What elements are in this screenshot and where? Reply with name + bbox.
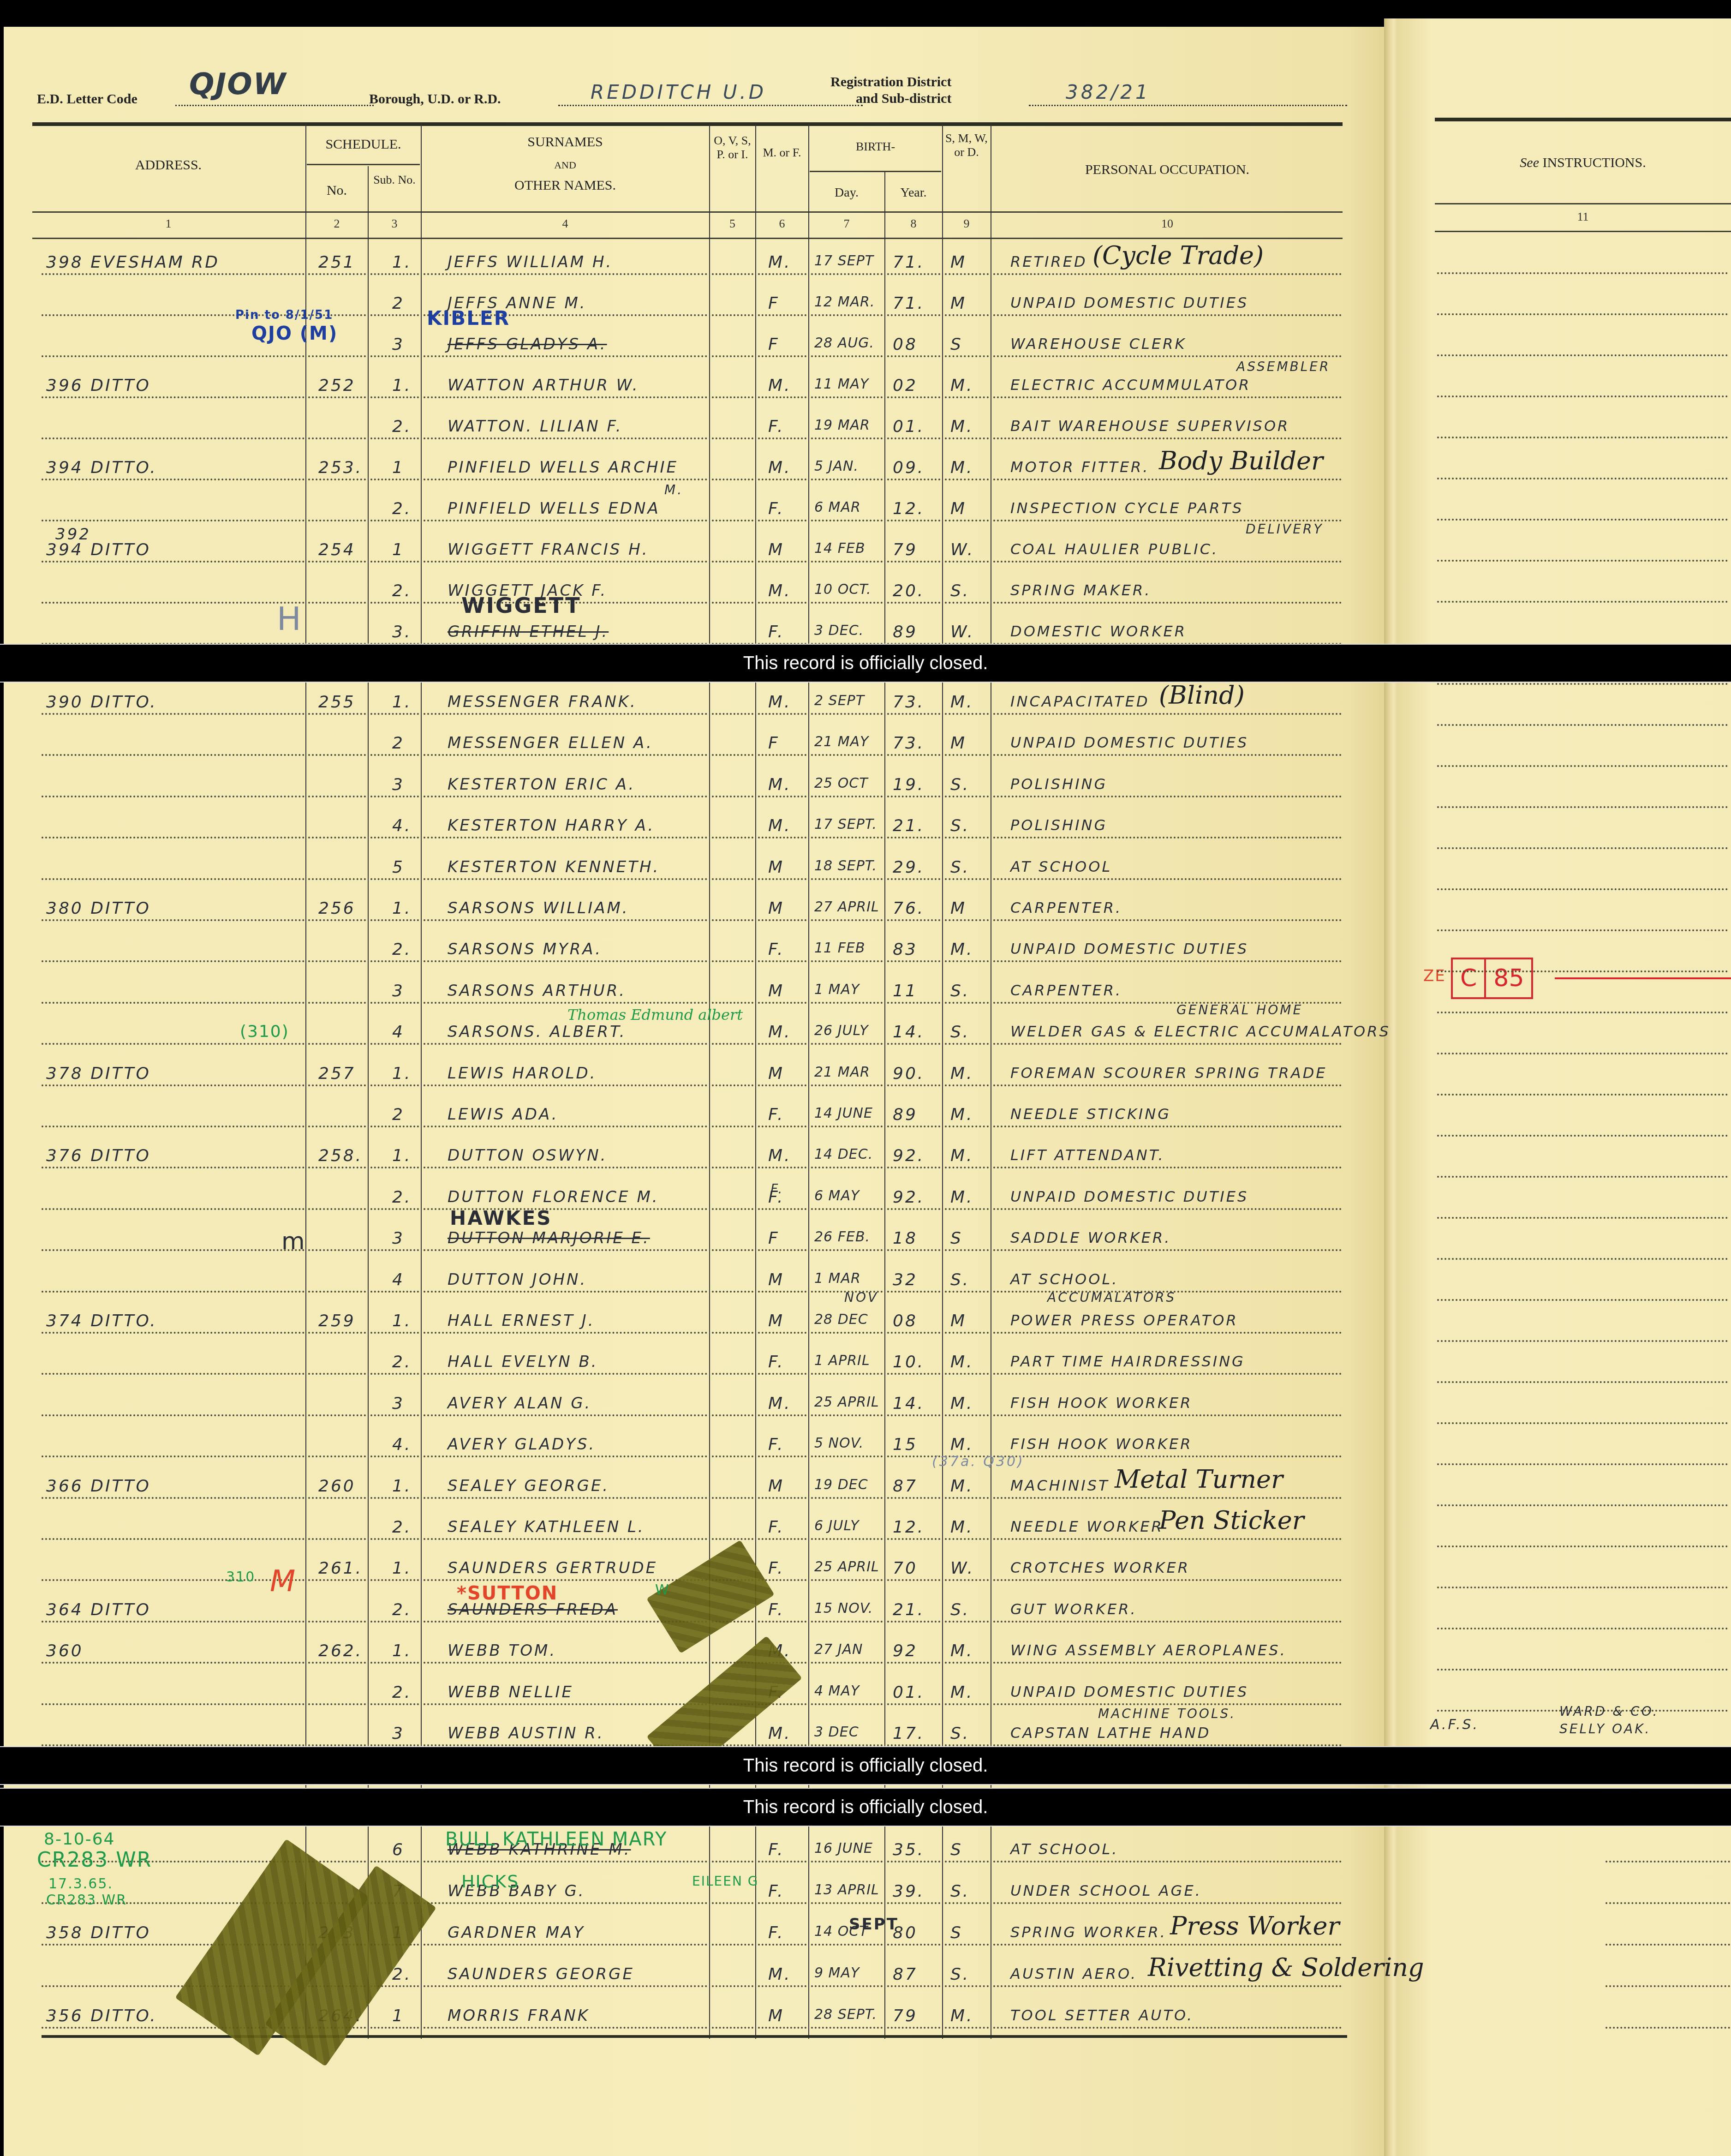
marital-status-cell: S. <box>950 775 970 794</box>
sex-cell: F. <box>768 1518 785 1537</box>
schedule-number-cell: 254 <box>318 540 356 559</box>
sex-cell: F. <box>768 1559 785 1578</box>
birth-year-cell: 14. <box>893 1394 925 1413</box>
sex-cell: F <box>768 734 780 753</box>
name-cell: GRIFFIN ETHEL J. <box>448 623 609 641</box>
schedule-sub-cell: 1. <box>392 1064 412 1083</box>
name-cell: MESSENGER ELLEN A. <box>448 734 653 752</box>
schedule-sub-cell: 4. <box>392 816 412 835</box>
sex-cell: M <box>768 1312 784 1330</box>
schedule-sub-cell: 1 <box>392 458 405 477</box>
marital-status-cell: S <box>950 1229 963 1248</box>
birth-year-cell: 11 <box>893 982 918 1000</box>
birth-year-cell: 08 <box>893 335 918 354</box>
sex-cell: M <box>768 1064 784 1083</box>
birth-year-cell: 19. <box>893 775 925 794</box>
schedule-sub-cell: 1. <box>392 899 412 918</box>
birth-year-cell: 15 <box>893 1435 918 1454</box>
name-cell: WEBB AUSTIN R. <box>448 1724 604 1743</box>
hicks-correction: HICKS <box>461 1871 519 1892</box>
kibler-correction: KIBLER <box>427 307 510 329</box>
sex-cell: M. <box>768 1724 792 1743</box>
schedule-sub-cell: 1. <box>392 376 412 395</box>
name-cell: HALL ERNEST J. <box>448 1312 595 1330</box>
birth-year-cell: 83 <box>893 940 918 959</box>
name-cell: KESTERTON ERIC A. <box>448 775 635 794</box>
occupation-note: (Blind) <box>1159 681 1245 710</box>
birth-day-cell: 27 JAN <box>814 1641 863 1658</box>
schedule-number-cell: 262. <box>318 1641 363 1660</box>
name-cell: DUTTON MARJORIE E. <box>448 1229 650 1247</box>
occupation-cell: UNPAID DOMESTIC DUTIES <box>1010 734 1248 751</box>
birth-day-cell: 17 SEPT. <box>814 816 877 832</box>
birth-year-cell: 70 <box>893 1559 918 1578</box>
sex-cell: F. <box>768 417 785 436</box>
birth-year-cell: 92 <box>893 1641 918 1660</box>
name-cell: PINFIELD WELLS ARCHIE <box>448 458 678 477</box>
address-cell: 378 DITTO <box>46 1064 151 1083</box>
birth-day-cell: 17 SEPT <box>814 253 874 269</box>
birth-day-cell: 13 APRIL <box>814 1882 879 1898</box>
occupation-cell: BAIT WAREHOUSE SUPERVISOR <box>1010 417 1289 435</box>
occupation-cell: RETIRED <box>1010 253 1087 270</box>
sutton-correction: *SUTTON <box>457 1583 558 1604</box>
marital-status-cell: S. <box>950 581 970 600</box>
birth-year-cell: 08 <box>893 1312 918 1330</box>
col-ovspi: O, V, S, P. or I. <box>710 134 754 162</box>
col-birth: BIRTH- <box>810 138 941 155</box>
registration-district-value: 382/21 <box>1066 81 1151 103</box>
occupation-cell: LIFT ATTENDANT. <box>1010 1146 1165 1164</box>
marital-status-cell: S <box>950 1923 963 1942</box>
col-schedule-sub: Sub. No. <box>369 173 420 187</box>
sex-cell: M <box>768 540 784 559</box>
marital-status-cell: W. <box>950 623 974 641</box>
schedule-sub-cell: 3 <box>392 1229 405 1248</box>
marital-status-cell: M. <box>950 1518 974 1537</box>
col-m-or-f: M. or F. <box>757 145 807 160</box>
birth-day-cell: 6 MAY <box>814 1188 860 1204</box>
occupation-cell: CARPENTER. <box>1010 982 1122 999</box>
name-cell: WEBB TOM. <box>448 1641 556 1660</box>
birth-year-cell: 76. <box>893 899 925 918</box>
schedule-number-cell: 256 <box>318 899 356 918</box>
birth-day-cell: 21 MAY <box>814 734 869 750</box>
sex-cell: F. <box>768 499 785 518</box>
sex-cell: M <box>768 1270 784 1289</box>
birth-day-cell: 3 DEC <box>814 1724 859 1740</box>
schedule-sub-cell: 1. <box>392 253 412 272</box>
address-cell: 364 DITTO <box>46 1600 151 1619</box>
name-cell: HALL EVELYN B. <box>448 1353 598 1371</box>
census-page-right <box>1398 18 1731 2156</box>
marital-status-cell: S. <box>950 1882 970 1901</box>
birth-year-cell: 17. <box>893 1724 925 1743</box>
address-cell: 396 DITTO <box>46 376 151 395</box>
birth-year-cell: 10. <box>893 1353 925 1371</box>
birth-day-cell: 10 OCT. <box>814 581 871 598</box>
birth-day-cell: 2 SEPT <box>814 693 865 709</box>
occupation-cell: NEEDLE STICKING <box>1010 1105 1171 1123</box>
ed-letter-code-value: QJOW <box>189 67 287 102</box>
occupation-cell: CROTCHES WORKER <box>1010 1559 1190 1576</box>
sex-cell: F. <box>768 1600 785 1619</box>
occupation-cell: INCAPACITATED <box>1010 693 1150 710</box>
schedule-sub-cell: 2 <box>392 1105 405 1124</box>
birth-day-cell: 25 APRIL <box>814 1394 879 1410</box>
birth-day-cell: 25 OCT <box>814 775 868 791</box>
birth-year-cell: 32 <box>893 1270 918 1289</box>
marital-status-cell: M <box>950 899 967 918</box>
marital-status-cell: M. <box>950 2006 974 2025</box>
birth-day-cell: 9 MAY <box>814 1965 860 1981</box>
schedule-sub-cell: 3 <box>392 1394 405 1413</box>
marital-status-cell: M. <box>950 1435 974 1454</box>
name-cell: AVERY GLADYS. <box>448 1435 596 1454</box>
schedule-sub-cell: 2. <box>392 1188 412 1207</box>
schedule-sub-cell: 5 <box>392 858 405 877</box>
name-cell: KESTERTON KENNETH. <box>448 858 660 876</box>
name-cell: JEFFS GLADYS A. <box>448 335 607 353</box>
birth-year-cell: 79 <box>893 540 918 559</box>
col-address: ADDRESS. <box>32 157 304 174</box>
birth-year-cell: 87 <box>893 1965 918 1984</box>
schedule-sub-cell: 2 <box>392 294 405 313</box>
birth-day-cell: 16 JUNE <box>814 1840 873 1857</box>
schedule-number-cell: 259 <box>318 1312 356 1330</box>
schedule-sub-cell: 1. <box>392 1641 412 1660</box>
birth-day-cell: 4 MAY <box>814 1683 860 1699</box>
schedule-number-cell: 252 <box>318 376 356 395</box>
name-cell: LEWIS ADA. <box>448 1105 559 1124</box>
marital-status-cell: M. <box>950 1146 974 1165</box>
sex-cell: M. <box>768 581 792 600</box>
schedule-sub-cell: 3 <box>392 1724 405 1743</box>
name-cell: SAUNDERS GERTRUDE <box>448 1559 657 1577</box>
birth-day-cell: 28 DEC <box>814 1312 868 1328</box>
col-birth-day: Day. <box>810 185 883 201</box>
occupation-cell: POLISHING <box>1010 816 1107 834</box>
sex-cell: F. <box>768 1840 785 1859</box>
marital-status-cell: M. <box>950 940 974 959</box>
name-cell: AVERY ALAN G. <box>448 1394 591 1413</box>
birth-day-cell: 21 MAR <box>814 1064 870 1080</box>
name-cell: WIGGETT FRANCIS H. <box>448 540 649 559</box>
sex-cell: F. <box>768 1353 785 1371</box>
birth-day-cell: 12 MAR. <box>814 294 875 310</box>
name-cell: SARSONS MYRA. <box>448 940 602 958</box>
closed-record-band: This record is officially closed. <box>0 1746 1731 1785</box>
birth-day-cell: 18 SEPT. <box>814 858 877 874</box>
occupation-cell: UNDER SCHOOL AGE. <box>1010 1882 1202 1899</box>
birth-day-cell: 14 DEC. <box>814 1146 873 1162</box>
wiggett-correction: WIGGETT <box>461 593 581 618</box>
marital-status-cell: M. <box>950 376 974 395</box>
schedule-sub-cell: 1. <box>392 1477 412 1496</box>
occupation-cell: INSPECTION CYCLE PARTS <box>1010 499 1243 517</box>
schedule-sub-cell: 1. <box>392 1559 412 1578</box>
occupation-cell: COAL HAULIER PUBLIC. <box>1010 540 1218 558</box>
birth-year-cell: 29. <box>893 858 925 877</box>
schedule-number-cell: 260 <box>318 1477 356 1496</box>
name-cell: DUTTON FLORENCE M. <box>448 1188 659 1206</box>
schedule-number-cell: 255 <box>318 693 356 712</box>
birth-year-cell: 20. <box>893 581 925 600</box>
sex-cell: M. <box>768 1023 792 1042</box>
birth-year-cell: 09. <box>893 458 925 477</box>
sex-cell: M <box>768 1477 784 1496</box>
sex-cell: M. <box>768 693 792 712</box>
col-occupation: PERSONAL OCCUPATION. <box>992 162 1343 178</box>
col-smwd: S, M, W, or D. <box>943 132 990 159</box>
occupation-cell: UNPAID DOMESTIC DUTIES <box>1010 1188 1248 1205</box>
name-cell: SEALEY KATHLEEN L. <box>448 1518 645 1536</box>
marital-status-cell: M. <box>950 1477 974 1496</box>
address-cell: 380 DITTO <box>46 899 151 918</box>
occupation-cell: CARPENTER. <box>1010 899 1122 916</box>
marital-status-cell: S. <box>950 816 970 835</box>
name-cell: KESTERTON HARRY A. <box>448 816 655 835</box>
occupation-cell: FISH HOOK WORKER <box>1010 1394 1192 1412</box>
sex-cell: M. <box>768 816 792 835</box>
marital-status-cell: M <box>950 1312 967 1330</box>
name-cell: GARDNER MAY <box>448 1923 585 1942</box>
marital-status-cell: M <box>950 499 967 518</box>
birth-day-cell: 11 FEB <box>814 940 865 956</box>
occupation-cell: AT SCHOOL <box>1010 858 1112 875</box>
sex-cell: M. <box>768 775 792 794</box>
occupation-cell: CAPSTAN LATHE HAND <box>1010 1724 1211 1742</box>
name-cell: SARSONS. ALBERT. <box>448 1023 627 1041</box>
schedule-number-cell: 258. <box>318 1146 363 1165</box>
occupation-cell: UNPAID DOMESTIC DUTIES <box>1010 294 1248 311</box>
birth-day-cell: 5 NOV. <box>814 1435 864 1451</box>
marital-status-cell: M. <box>950 1641 974 1660</box>
birth-day-cell: 26 JULY <box>814 1023 869 1039</box>
occupation-cell: MOTOR FITTER. <box>1010 458 1150 476</box>
marital-status-cell: M. <box>950 693 974 712</box>
sex-cell: M. <box>768 458 792 477</box>
birth-day-cell: 14 FEB <box>814 540 865 557</box>
occupation-cell: NEEDLE WORKER <box>1010 1518 1164 1535</box>
hawkes-correction: HAWKES <box>450 1207 552 1229</box>
bull-correction: BULL KATHLEEN MARY <box>445 1829 667 1850</box>
marital-status-cell: M. <box>950 1683 974 1702</box>
occupation-cell: FOREMAN SCOURER SPRING TRADE <box>1010 1064 1327 1082</box>
occupation-cell: TOOL SETTER AUTO. <box>1010 2006 1194 2024</box>
birth-day-cell: 19 MAR <box>814 417 870 433</box>
schedule-sub-cell: 2. <box>392 581 412 600</box>
closed-record-band: This record is officially closed. <box>0 644 1731 683</box>
birth-day-cell: 11 MAY <box>814 376 869 392</box>
birth-year-cell: 71. <box>893 294 925 313</box>
schedule-sub-cell: 2. <box>392 1518 412 1537</box>
name-cell: WATTON. LILIAN F. <box>448 417 622 436</box>
schedule-sub-cell: 3 <box>392 775 405 794</box>
birth-day-cell: 28 AUG. <box>814 335 874 351</box>
occupation-cell: AUSTIN AERO. <box>1010 1965 1137 1982</box>
sex-cell: M. <box>768 1146 792 1165</box>
birth-year-cell: 92. <box>893 1188 925 1207</box>
occupation-cell: SPRING WORKER. <box>1010 1923 1167 1941</box>
schedule-number-cell: 251 <box>318 253 356 272</box>
birth-day-cell: 5 JAN. <box>814 458 859 474</box>
sex-cell: M. <box>768 253 792 272</box>
col-birth-year: Year. <box>886 185 941 201</box>
birth-day-cell: 6 MAR <box>814 499 861 515</box>
marital-status-cell: S. <box>950 1600 970 1619</box>
sex-cell: F <box>768 294 780 313</box>
birth-year-cell: 14. <box>893 1023 925 1042</box>
birth-year-cell: 02 <box>893 376 918 395</box>
name-cell: LEWIS HAROLD. <box>448 1064 597 1083</box>
occupation-note: Metal Turner <box>1115 1465 1283 1494</box>
sex-cell: M <box>768 2006 784 2025</box>
occupation-note: Body Builder <box>1159 446 1323 475</box>
name-cell: MESSENGER FRANK. <box>448 693 637 711</box>
birth-day-cell: 1 APRIL <box>814 1353 870 1369</box>
birth-year-cell: 12. <box>893 1518 925 1537</box>
col-surnames: SURNAMES AND OTHER NAMES. <box>422 134 708 194</box>
marital-status-cell: S <box>950 335 963 354</box>
birth-year-cell: 73. <box>893 693 925 712</box>
schedule-sub-cell: 3 <box>392 335 405 354</box>
occupation-note: Rivetting & Soldering <box>1148 1953 1424 1982</box>
sex-cell: F. <box>768 1882 785 1901</box>
schedule-sub-cell: 4 <box>392 1270 405 1289</box>
birth-year-cell: 18 <box>893 1229 918 1248</box>
col-schedule-no: No. <box>307 182 367 199</box>
marital-status-cell: S. <box>950 858 970 877</box>
occupation-note: Press Worker <box>1170 1911 1339 1940</box>
occupation-cell: ELECTRIC ACCUMMULATOR <box>1010 376 1251 394</box>
birth-year-cell: 92. <box>893 1146 925 1165</box>
red-reference-box: C 85 <box>1451 958 1533 999</box>
occupation-note: (Cycle Trade) <box>1092 241 1264 270</box>
marital-status-cell: M <box>950 294 967 313</box>
marital-status-cell: S. <box>950 982 970 1000</box>
birth-year-cell: 79 <box>893 2006 918 2025</box>
name-cell: WEBB NELLIE <box>448 1683 573 1701</box>
schedule-sub-cell: 2. <box>392 940 412 959</box>
sex-cell: F. <box>768 1923 785 1942</box>
occupation-cell: WELDER GAS & ELECTRIC ACCUMALATORS <box>1010 1023 1391 1040</box>
schedule-sub-cell: 1. <box>392 1312 412 1330</box>
registration-district-label: Registration District and Sub-district <box>830 74 951 107</box>
sex-cell: M <box>768 858 784 877</box>
schedule-sub-cell: 2. <box>392 499 412 518</box>
occupation-cell: AT SCHOOL. <box>1010 1270 1118 1288</box>
birth-year-cell: 73. <box>893 734 925 753</box>
occupation-cell: FISH HOOK WORKER <box>1010 1435 1192 1453</box>
schedule-sub-cell: 1 <box>392 2006 405 2025</box>
marital-status-cell: S. <box>950 1724 970 1743</box>
occupation-cell: UNPAID DOMESTIC DUTIES <box>1010 1683 1248 1701</box>
birth-day-cell: 6 JULY <box>814 1518 860 1534</box>
schedule-sub-cell: 3. <box>392 623 412 641</box>
occupation-cell: WAREHOUSE CLERK <box>1010 335 1186 353</box>
birth-year-cell: 21. <box>893 1600 925 1619</box>
marital-status-cell: M. <box>950 417 974 436</box>
schedule-sub-cell: 1 <box>392 540 405 559</box>
birth-year-cell: 71. <box>893 253 925 272</box>
occupation-cell: POWER PRESS OPERATOR <box>1010 1312 1238 1329</box>
address-cell: 376 DITTO <box>46 1146 151 1165</box>
register-meta-header: E.D. Letter Code QJOW Borough, U.D. or R… <box>28 65 1347 115</box>
address-cell: 360 <box>46 1641 84 1660</box>
birth-day-cell: 14 JUNE <box>814 1105 873 1121</box>
sex-cell: F <box>768 1229 780 1248</box>
closed-record-band: This record is officially closed. <box>0 1788 1731 1827</box>
name-cell: JEFFS WILLIAM H. <box>448 253 613 271</box>
name-cell: PINFIELD WELLS EDNA <box>448 499 660 518</box>
schedule-sub-cell: 6 <box>392 1840 405 1859</box>
sex-cell: F. <box>768 1435 785 1454</box>
schedule-number-cell: 257 <box>318 1064 356 1083</box>
schedule-sub-cell: 2. <box>392 1965 412 1984</box>
marital-status-cell: S. <box>950 1965 970 1984</box>
occupation-note: Pen Sticker <box>1159 1506 1304 1535</box>
occupation-cell: GUT WORKER. <box>1010 1600 1137 1618</box>
occupation-cell: SPRING MAKER. <box>1010 581 1151 599</box>
address-cell: 390 DITTO. <box>46 693 157 712</box>
birth-year-cell: 12. <box>893 499 925 518</box>
schedule-sub-cell: 2. <box>392 1683 412 1702</box>
marital-status-cell: M. <box>950 458 974 477</box>
sex-cell: F. <box>768 623 785 641</box>
birth-year-cell: 01. <box>893 417 925 436</box>
name-cell: DUTTON JOHN. <box>448 1270 587 1289</box>
sex-cell: M. <box>768 1394 792 1413</box>
schedule-sub-cell: 1. <box>392 1146 412 1165</box>
marital-status-cell: M <box>950 253 967 272</box>
occupation-cell: DOMESTIC WORKER <box>1010 623 1187 640</box>
col-schedule: SCHEDULE. <box>307 136 420 153</box>
marital-status-cell: M. <box>950 1394 974 1413</box>
name-cell: SAUNDERS GEORGE <box>448 1965 634 1983</box>
schedule-sub-cell: 3 <box>392 982 405 1000</box>
name-cell: SARSONS WILLIAM. <box>448 899 629 917</box>
borough-label: Borough, U.D. or R.D. <box>369 91 501 107</box>
marital-status-cell: M. <box>950 1105 974 1124</box>
birth-year-cell: 89 <box>893 1105 918 1124</box>
address-cell: 356 DITTO. <box>46 2006 157 2025</box>
birth-year-cell: 87 <box>893 1477 918 1496</box>
birth-year-cell: 90. <box>893 1064 925 1083</box>
birth-year-cell: 89 <box>893 623 918 641</box>
name-cell: MORRIS FRANK <box>448 2006 590 2025</box>
schedule-sub-cell: 2. <box>392 417 412 436</box>
marital-status-cell: M. <box>950 1353 974 1371</box>
occupation-cell: AT SCHOOL. <box>1010 1840 1118 1858</box>
name-cell: WATTON ARTHUR W. <box>448 376 639 395</box>
schedule-sub-cell: 1. <box>392 693 412 712</box>
occupation-cell: MACHINIST <box>1010 1477 1110 1494</box>
ed-letter-code-label: E.D. Letter Code <box>37 91 137 107</box>
occupation-cell: SADDLE WORKER. <box>1010 1229 1171 1246</box>
birth-day-cell: 25 APRIL <box>814 1559 879 1575</box>
schedule-sub-cell: 2 <box>392 734 405 753</box>
sex-cell: F <box>768 335 780 354</box>
address-cell: 366 DITTO <box>46 1477 151 1496</box>
birth-day-cell: 26 FEB. <box>814 1229 870 1245</box>
marital-status-cell: M <box>950 734 967 753</box>
birth-day-cell: 19 DEC <box>814 1477 868 1493</box>
occupation-cell: POLISHING <box>1010 775 1107 793</box>
marital-status-cell: M. <box>950 1064 974 1083</box>
marital-status-cell: S <box>950 1840 963 1859</box>
occupation-cell: UNPAID DOMESTIC DUTIES <box>1010 940 1248 958</box>
